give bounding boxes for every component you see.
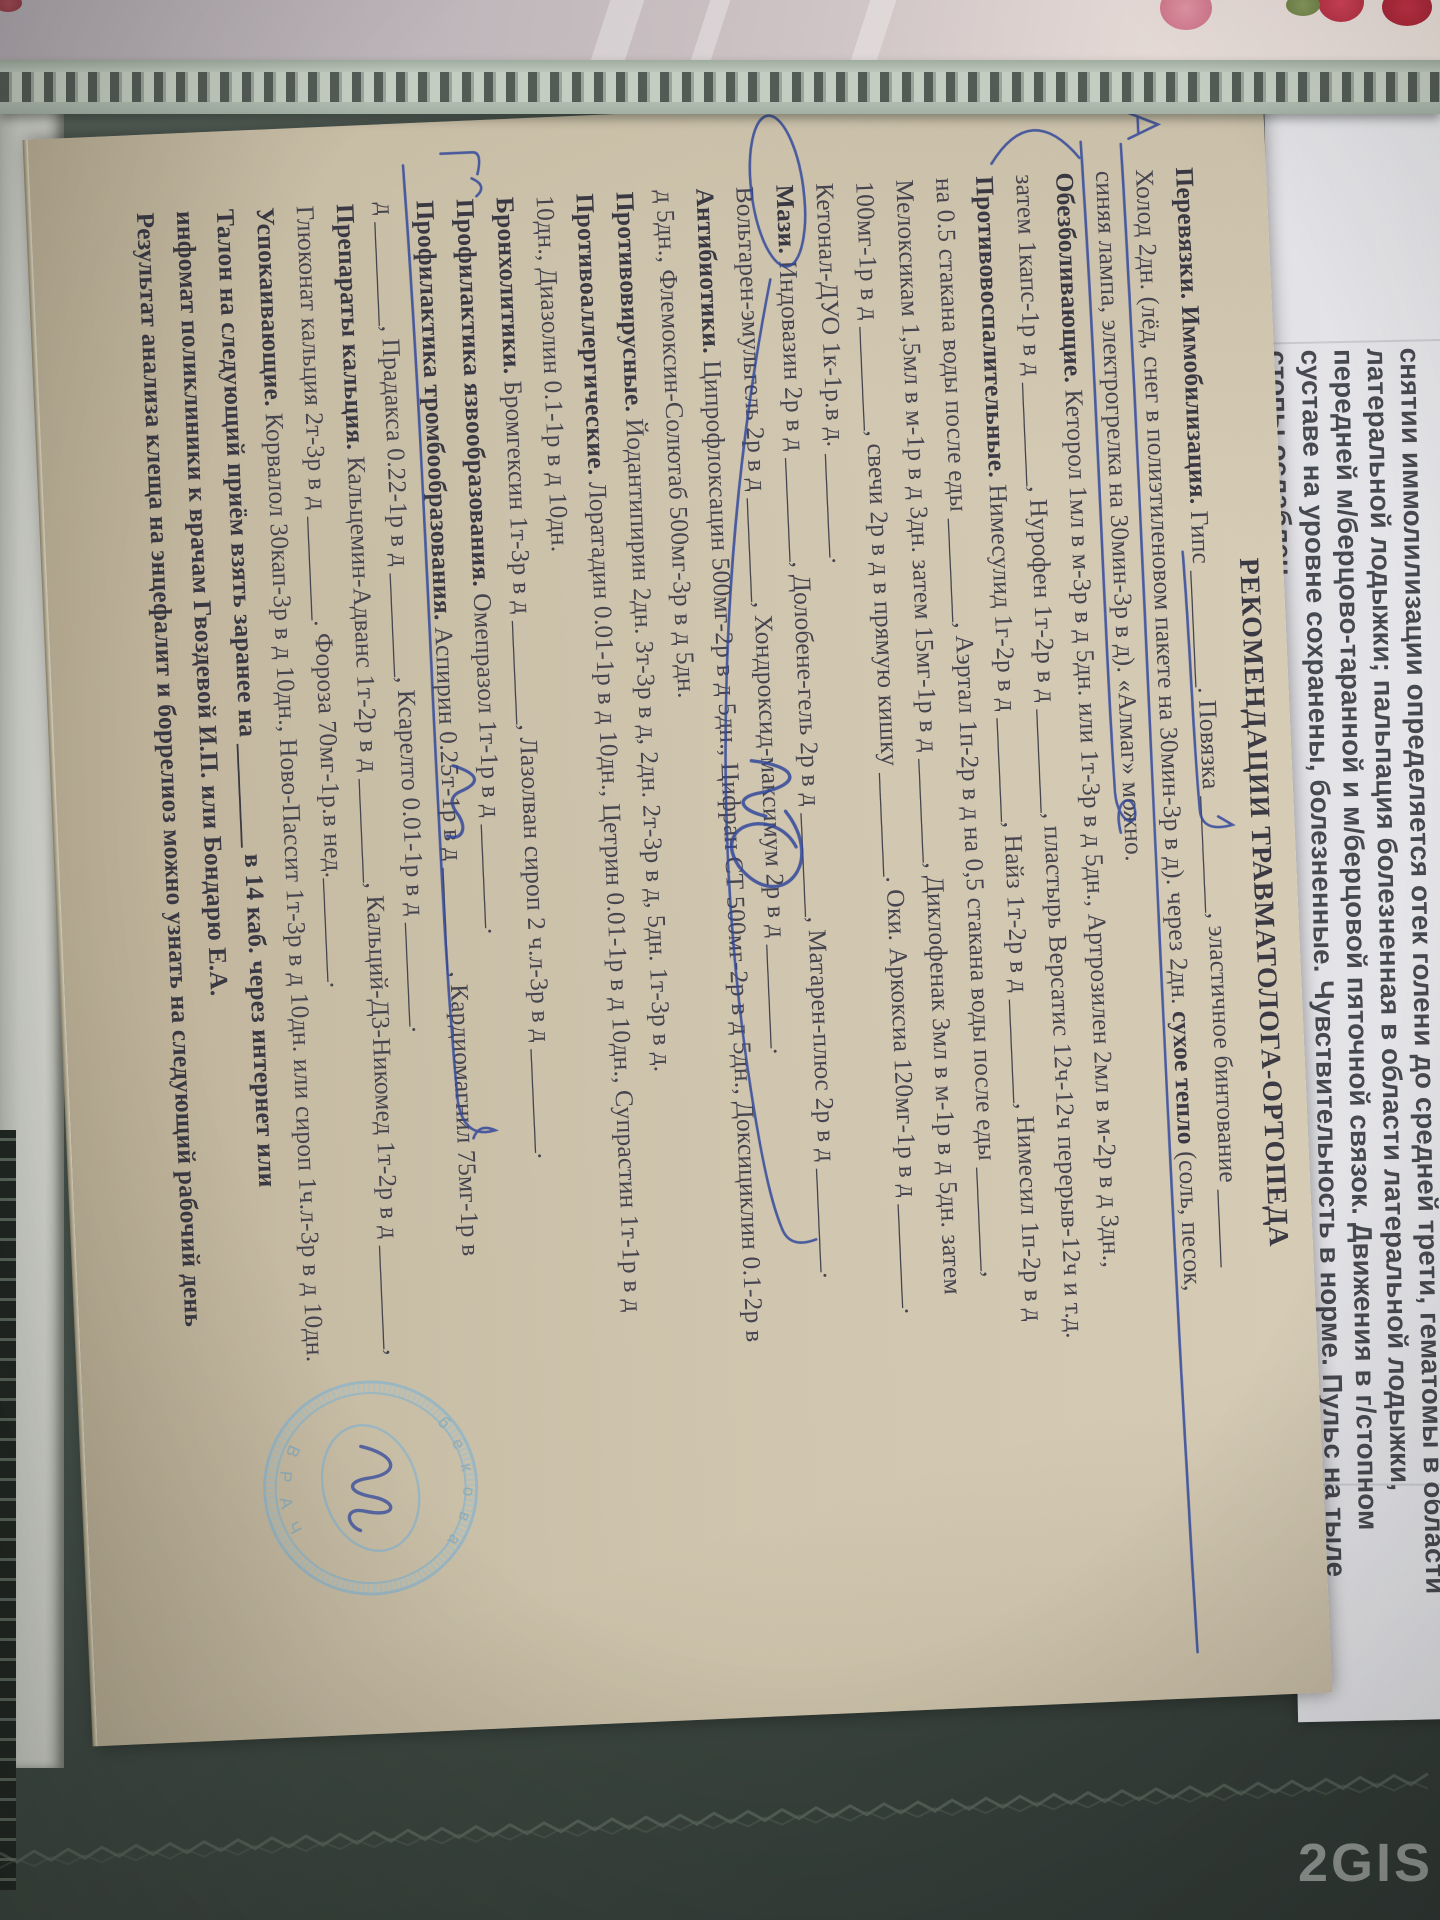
line-heading: Антибиотики. — [690, 188, 726, 355]
flower-icon — [0, 0, 22, 12]
line-heading: Противовоспалительные. — [970, 175, 1012, 478]
line-heading: Противоаллергические. — [570, 193, 611, 476]
document-body: Перевязки. Иммобилизация. Гипс _________… — [125, 166, 1268, 1688]
line-heading: Препараты кальция. — [331, 203, 371, 450]
line-heading: Успокаивающие. — [251, 207, 289, 407]
binding-teeth-icon — [0, 72, 1440, 102]
recommendation-sheet: РЕКОМЕНДАЦИИ ТРАВМАТОЛОГА-ОРТОПЕДА Перев… — [28, 86, 1333, 1746]
line-heading: сухое тепло — [1167, 1010, 1202, 1145]
leaf-icon — [1286, 0, 1320, 16]
photo-scene: снятии иммолилизации определяется отек г… — [0, 0, 1440, 1920]
folder-binding-strip — [0, 60, 1440, 114]
line-text: (соль, песок, — [1172, 1144, 1207, 1292]
2gis-watermark: 2GIS — [1298, 1832, 1433, 1894]
recommendation-page: РЕКОМЕНДАЦИИ ТРАВМАТОЛОГА-ОРТОПЕДА Перев… — [28, 86, 1333, 1746]
line-heading: Мази. — [770, 184, 802, 254]
flower-icon — [1160, 0, 1212, 30]
paper-crease — [1269, 334, 1440, 345]
line-heading: Противовирусные. — [610, 191, 649, 413]
folder-binding-left-icon — [0, 1130, 16, 1890]
bedsheet-fabric — [0, 0, 1440, 64]
line-heading: Перевязки. Иммобилизация. — [1170, 167, 1214, 505]
line-heading: Бронхолитики. — [490, 196, 527, 374]
flower-icon — [1382, 0, 1432, 26]
flower-icon — [1318, 0, 1364, 22]
line-heading: Обезболивающие. — [1050, 172, 1088, 384]
